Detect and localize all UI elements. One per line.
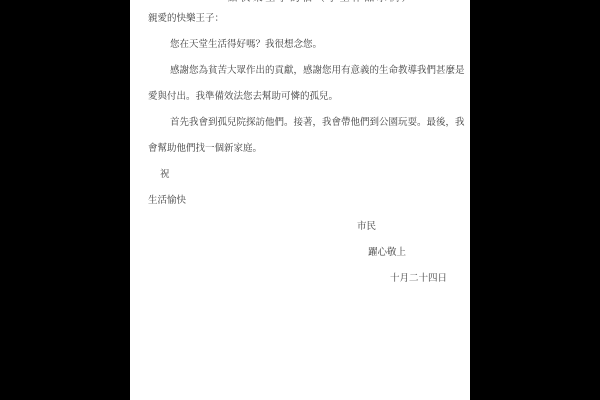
- closing-word-line: 祝: [148, 162, 455, 188]
- paragraph-1-line: 您在天堂生活得好嗎？我很想念您。: [148, 32, 455, 58]
- signature-name-line: 躍心敬上: [148, 240, 455, 266]
- clipped-title: 給快樂王子的信（學生作品示例）: [228, 0, 414, 5]
- paragraph-2-line-1: 感謝您為貧苦大眾作出的貢獻，感謝您用有意義的生命教導我們甚麼是: [148, 58, 455, 84]
- letter-page: 給快樂王子的信（學生作品示例） 親愛的快樂王子： 您在天堂生活得好嗎？我很想念您…: [130, 0, 470, 400]
- signature-role-line: 市民: [148, 214, 455, 240]
- paragraph-3-line-1: 首先我會到孤兒院探訪他們。接著，我會帶他們到公園玩耍。最後，我: [148, 110, 455, 136]
- letter-body: 親愛的快樂王子： 您在天堂生活得好嗎？我很想念您。 感謝您為貧苦大眾作出的貢獻，…: [148, 6, 455, 292]
- paragraph-2-line-2: 愛與付出。我準備效法您去幫助可憐的孤兒。: [148, 84, 455, 110]
- closing-phrase-line: 生活愉快: [148, 188, 455, 214]
- signature-date-line: 十月二十四日: [148, 266, 455, 292]
- letter-viewer-stage: 給快樂王子的信（學生作品示例） 親愛的快樂王子： 您在天堂生活得好嗎？我很想念您…: [0, 0, 600, 400]
- salutation-line: 親愛的快樂王子：: [148, 6, 455, 32]
- paragraph-3-line-2: 會幫助他們找一個新家庭。: [148, 136, 455, 162]
